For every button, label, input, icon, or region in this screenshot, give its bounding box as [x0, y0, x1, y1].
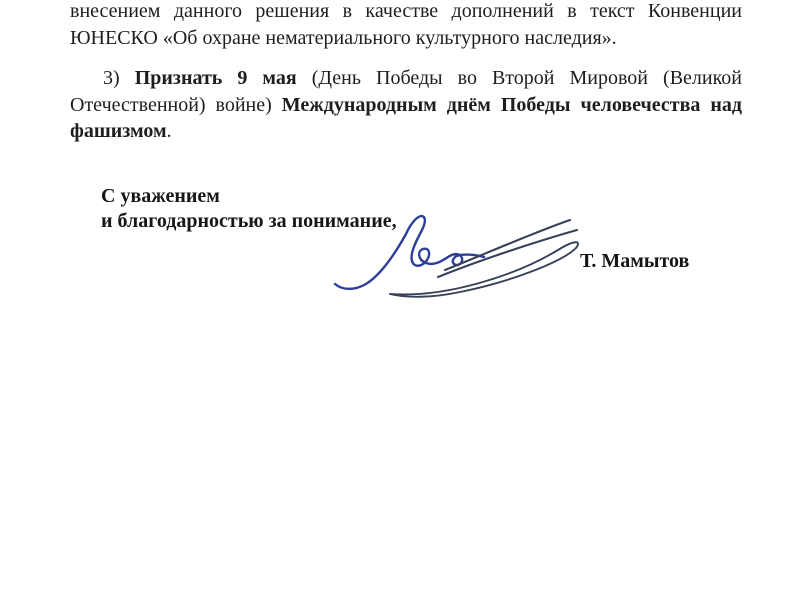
- signature-flourish-diagonals: [438, 220, 577, 277]
- signer-name: Т. Мамытов: [580, 250, 689, 273]
- paragraph-unesco-line-1-text: внесением данного решения в качестве доп…: [70, 0, 742, 22]
- item3-line-3-bold: фашизмом: [70, 120, 167, 142]
- item3-line-3: фашизмом.: [70, 120, 742, 143]
- closing-line-1: С уважением: [101, 185, 220, 208]
- item3-line-3-period: .: [167, 120, 172, 142]
- signature-underloop: [390, 242, 578, 297]
- paragraph-unesco-line-2-text: ЮНЕСКО «Об охране нематериального культу…: [70, 27, 617, 49]
- signature-area: [330, 210, 586, 306]
- item3-line-1-rest: (День Победы во Второй Мировой (Великой: [312, 67, 742, 89]
- item3-number: 3): [103, 67, 135, 89]
- scanned-letter-page: внесением данного решения в качестве доп…: [0, 0, 800, 600]
- item3-line-2-bold: Международным днём Победы человечества н…: [282, 94, 742, 116]
- item3-bold-lead: Признать 9 мая: [135, 67, 312, 89]
- paragraph-unesco-line-2: ЮНЕСКО «Об охране нематериального культу…: [70, 27, 742, 50]
- paragraph-unesco-line-1: внесением данного решения в качестве доп…: [70, 0, 742, 23]
- item3-line-2-regular: Отечественной) войне): [70, 94, 282, 116]
- signature-cursive-stroke: [335, 216, 484, 289]
- item3-line-1: 3) Признать 9 мая (День Победы во Второй…: [70, 67, 742, 90]
- item3-line-2: Отечественной) войне) Международным днём…: [70, 94, 742, 117]
- handwritten-signature-icon: [330, 210, 586, 306]
